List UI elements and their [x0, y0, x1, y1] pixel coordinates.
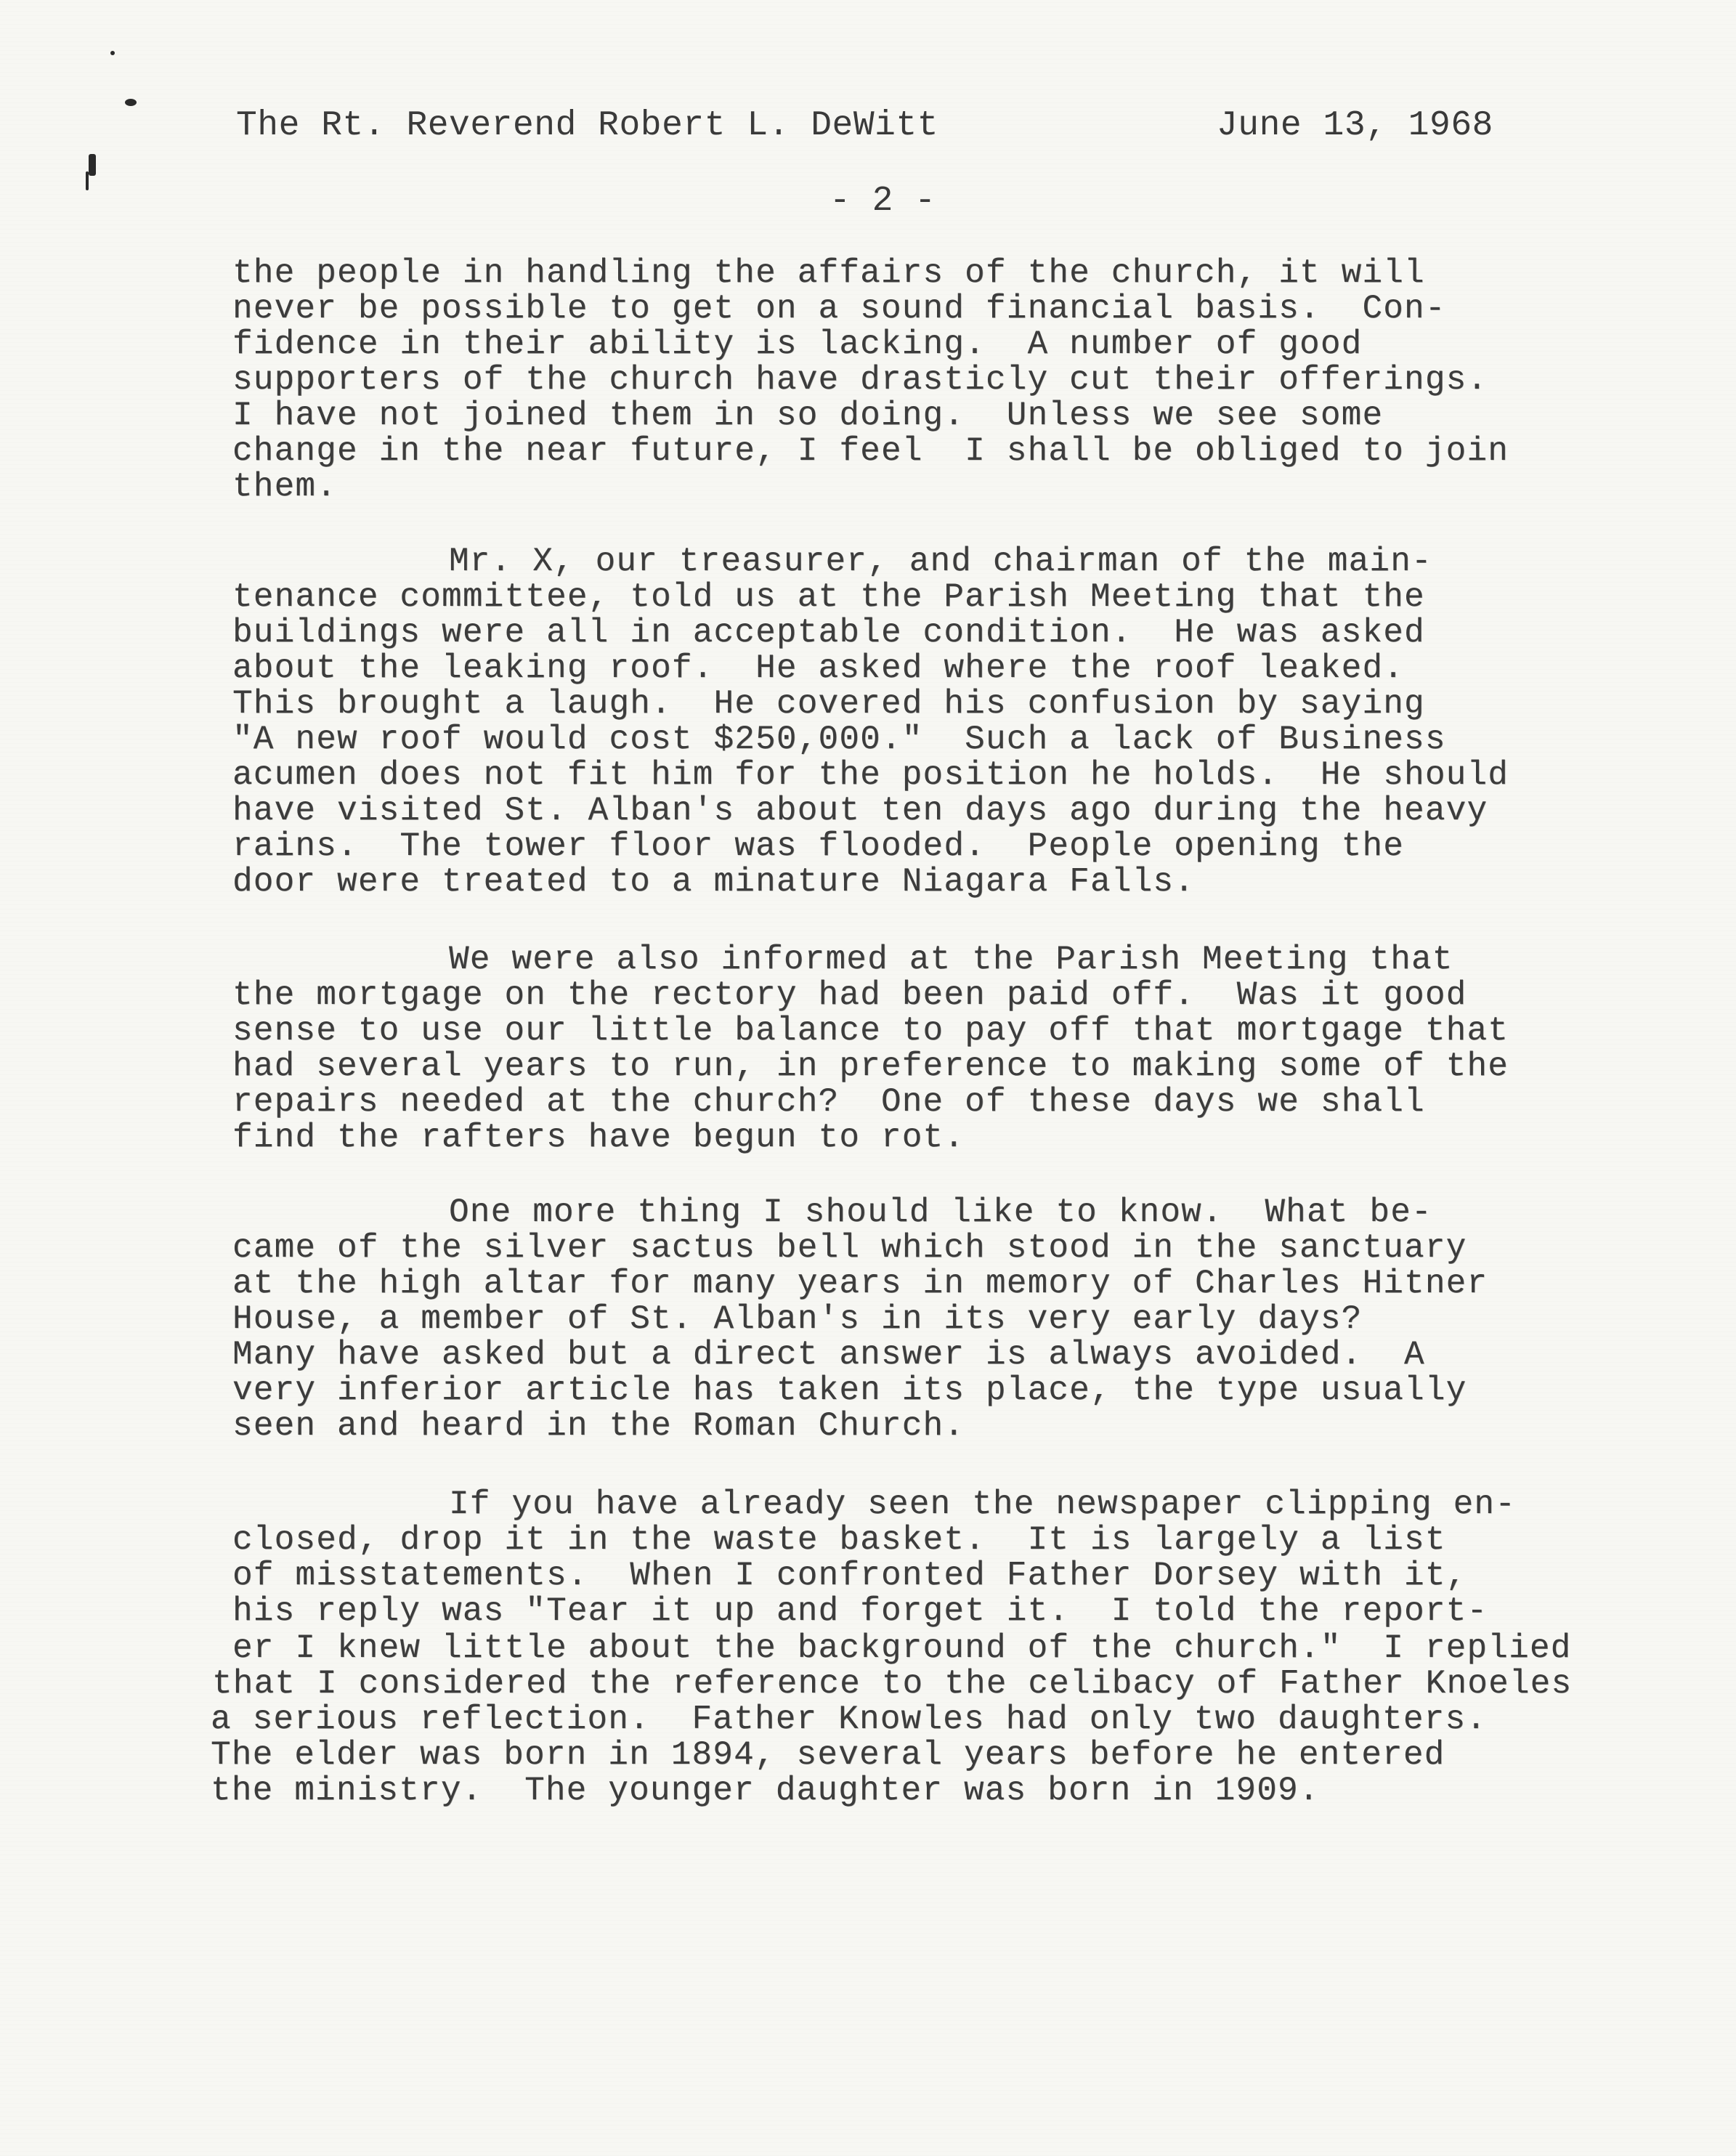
- text-line: I have not joined them in so doing. Unle…: [232, 397, 1383, 434]
- text-line: never be possible to get on a sound fina…: [232, 290, 1446, 328]
- text-line: his reply was "Tear it up and forget it.…: [232, 1592, 1488, 1630]
- text-line: acumen does not fit him for the position…: [232, 756, 1509, 794]
- text-line: have visited St. Alban's about ten days …: [232, 792, 1488, 830]
- text-line: buildings were all in acceptable conditi…: [232, 614, 1425, 652]
- paper-speck: [89, 154, 96, 176]
- text-line: This brought a laugh. He covered his con…: [232, 685, 1425, 723]
- text-line: fidence in their ability is lacking. A n…: [232, 325, 1362, 363]
- text-line: sense to use our little balance to pay o…: [232, 1012, 1509, 1050]
- text-line: came of the silver sactus bell which sto…: [232, 1229, 1467, 1267]
- text-line: had several years to run, in preference …: [232, 1047, 1509, 1085]
- text-line: the people in handling the affairs of th…: [232, 254, 1425, 292]
- text-line: seen and heard in the Roman Church.: [232, 1407, 965, 1445]
- text-line: One more thing I should like to know. Wh…: [449, 1193, 1432, 1231]
- paper-speck: [125, 99, 137, 106]
- text-line: Mr. X, our treasurer, and chairman of th…: [449, 543, 1432, 580]
- text-line: er I knew little about the background of…: [232, 1629, 1572, 1667]
- text-line: at the high altar for many years in memo…: [232, 1265, 1488, 1302]
- letter-page: The Rt. Reverend Robert L. DeWitt June 1…: [0, 0, 1736, 2156]
- text-line: that I considered the reference to the c…: [212, 1665, 1572, 1703]
- letter-date: June 13, 1968: [1217, 106, 1493, 145]
- text-line: door were treated to a minature Niagara …: [232, 863, 1195, 901]
- text-line: The elder was born in 1894, several year…: [211, 1736, 1445, 1774]
- text-line: find the rafters have begun to rot.: [232, 1119, 965, 1156]
- text-line: of misstatements. When I confronted Fath…: [232, 1557, 1467, 1594]
- text-line: the mortgage on the rectory had been pai…: [232, 976, 1467, 1014]
- paper-speck: [110, 51, 115, 55]
- text-line: If you have already seen the newspaper c…: [449, 1486, 1516, 1523]
- text-line: closed, drop it in the waste basket. It …: [232, 1521, 1446, 1559]
- paper-speck: [86, 171, 89, 190]
- text-line: "A new roof would cost $250,000." Such a…: [232, 721, 1446, 758]
- page-number: - 2 -: [830, 182, 936, 221]
- text-line: rains. The tower floor was flooded. Peop…: [232, 827, 1404, 865]
- text-line: We were also informed at the Parish Meet…: [449, 941, 1453, 978]
- text-line: Many have asked but a direct answer is a…: [232, 1336, 1425, 1374]
- text-line: change in the near future, I feel I shal…: [232, 432, 1509, 470]
- text-line: very inferior article has taken its plac…: [232, 1371, 1467, 1409]
- text-line: the ministry. The younger daughter was b…: [211, 1772, 1320, 1809]
- recipient-name: The Rt. Reverend Robert L. DeWitt: [236, 106, 938, 145]
- text-line: a serious reflection. Father Knowles had…: [211, 1701, 1487, 1738]
- text-line: House, a member of St. Alban's in its ve…: [232, 1300, 1362, 1338]
- text-line: them.: [232, 468, 337, 506]
- text-line: about the leaking roof. He asked where t…: [232, 649, 1404, 687]
- text-line: tenance committee, told us at the Parish…: [232, 578, 1425, 616]
- text-line: repairs needed at the church? One of the…: [232, 1083, 1425, 1121]
- text-line: supporters of the church have drasticly …: [232, 361, 1488, 399]
